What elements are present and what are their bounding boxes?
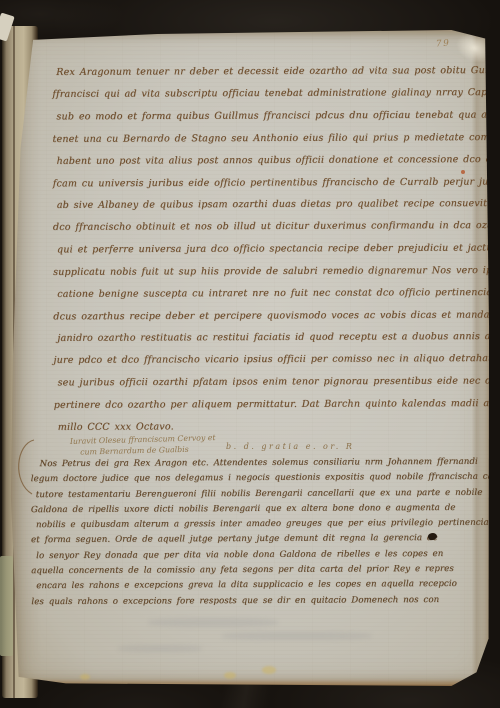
manuscript-line: seu juribus officii ozarthi pfatam ipsos… <box>58 371 470 395</box>
manuscript-line: les quals rahons o excepcions fore respo… <box>31 593 466 611</box>
bleed-through-mark <box>148 618 278 627</box>
bleed-through-mark <box>118 645 202 652</box>
manuscript-line: sub eo modo et forma quibus Guillmus ffr… <box>56 105 468 129</box>
manuscript-line: catione benigne suscepta cu intraret nre… <box>57 282 469 306</box>
manuscript-line: supplicatu nobis fuit ut sup hiis provid… <box>53 260 469 284</box>
bleed-through-mark <box>222 632 372 640</box>
manuscript-line: habent uno post vita alius post annos qu… <box>57 149 469 173</box>
manuscript-line: jure pdco et dco ffrancischo vicario ips… <box>53 348 469 372</box>
cloth-crease <box>130 684 360 708</box>
folio-number: 79 <box>436 39 451 50</box>
page-fore-edge-sliver <box>0 556 13 656</box>
stain <box>262 666 276 674</box>
manuscript-line: ffrancisci qui ad vita subscriptu offici… <box>52 82 468 106</box>
red-speck <box>461 170 465 174</box>
manuscript-line: encara les rahons e excepcions greva la … <box>36 577 466 595</box>
manuscript-line: janidro ozartho restituatis ac restitui … <box>57 326 469 350</box>
manuscript-page: 79 Rex Aragonum tenuer nr deber et deces… <box>8 30 490 688</box>
registration-mark: b. d. gratia e. or. R <box>226 442 354 451</box>
manuscript-line: qui et perferre universa jura dco offici… <box>57 238 469 262</box>
manuscript-line: ab sive Albaney de quibus ipsam ozarthi … <box>57 193 469 217</box>
manuscript-line: dco ffrancischo obtinuit et nos ob illud… <box>53 215 469 239</box>
manuscript-line: Rex Aragonum tenuer nr deber et decessit… <box>56 60 468 84</box>
manuscript-line: legum doctore judice que nos delegamus i… <box>31 470 466 488</box>
notarial-subscription: Iuravit Oleseu ffranciscum Cervoy et cum… <box>70 432 216 458</box>
manuscript-line: pertinere dco ozartho per aliquem permit… <box>54 393 470 417</box>
manuscript-line: tenet una cu Bernardo de Stagno seu Anth… <box>52 127 468 151</box>
manuscript-line: dcus ozarthus recipe deber et percipere … <box>53 304 469 328</box>
latin-entry: Rex Aragonum tenuer nr deber et decessit… <box>56 60 470 439</box>
photograph-background: 79 Rex Aragonum tenuer nr deber et deces… <box>0 0 500 708</box>
stain <box>224 672 236 679</box>
manuscript-line: fcam cu universis juribus eide officio p… <box>53 171 469 195</box>
catalan-entry: Nos Petrus dei gra Rex Aragon etc. Atten… <box>36 455 467 610</box>
